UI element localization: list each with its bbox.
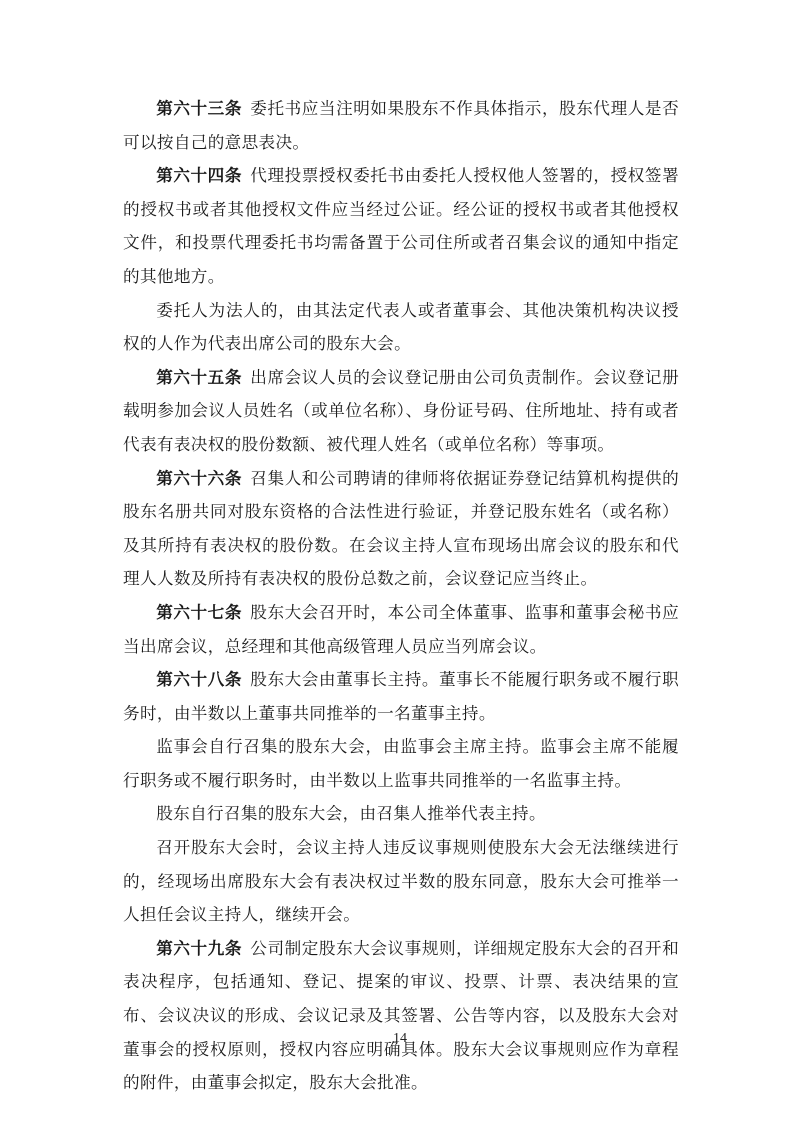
- paragraph-text: 召开股东大会时，会议主持人违反议事规则使股东大会无法继续进行的，经现场出席股东大…: [123, 838, 679, 924]
- article-heading: 第六十三条: [156, 99, 242, 118]
- paragraph-article-65: 第六十五条出席会议人员的会议登记册由公司负责制作。会议登记册载明参加会议人员姓名…: [123, 361, 679, 462]
- paragraph-article-64: 第六十四条代理投票授权委托书由委托人授权他人签署的，授权签署的授权书或者其他授权…: [123, 159, 679, 293]
- document-body: 第六十三条委托书应当注明如果股东不作具体指示，股东代理人是否可以按自己的意思表决…: [123, 92, 679, 1100]
- paragraph-article-66: 第六十六条召集人和公司聘请的律师将依据证券登记结算机构提供的股东名册共同对股东资…: [123, 462, 679, 596]
- paragraph-article-68-clause-2: 监事会自行召集的股东大会，由监事会主席主持。监事会主席不能履行职务或不履行职务时…: [123, 730, 679, 797]
- paragraph-text: 监事会自行召集的股东大会，由监事会主席主持。监事会主席不能履行职务或不履行职务时…: [123, 737, 679, 790]
- article-heading: 第六十五条: [156, 368, 242, 387]
- paragraph-text: 公司制定股东大会议事规则，详细规定股东大会的召开和表决程序，包括通知、登记、提案…: [123, 939, 679, 1092]
- page-number: 14: [0, 1031, 800, 1047]
- paragraph-article-68-clause-4: 召开股东大会时，会议主持人违反议事规则使股东大会无法继续进行的，经现场出席股东大…: [123, 831, 679, 932]
- article-heading: 第六十七条: [156, 603, 242, 622]
- paragraph-article-63: 第六十三条委托书应当注明如果股东不作具体指示，股东代理人是否可以按自己的意思表决…: [123, 92, 679, 159]
- paragraph-text: 股东自行召集的股东大会，由召集人推举代表主持。: [156, 804, 546, 823]
- paragraph-article-68-clause-3: 股东自行召集的股东大会，由召集人推举代表主持。: [123, 797, 679, 831]
- paragraph-article-67: 第六十七条股东大会召开时，本公司全体董事、监事和董事会秘书应当出席会议，总经理和…: [123, 596, 679, 663]
- article-heading: 第六十六条: [156, 469, 242, 488]
- article-heading: 第六十四条: [156, 166, 242, 185]
- paragraph-text: 委托人为法人的，由其法定代表人或者董事会、其他决策机构决议授权的人作为代表出席公…: [123, 301, 679, 354]
- paragraph-article-64-clause-2: 委托人为法人的，由其法定代表人或者董事会、其他决策机构决议授权的人作为代表出席公…: [123, 294, 679, 361]
- article-heading: 第六十八条: [156, 670, 242, 689]
- article-heading: 第六十九条: [156, 939, 242, 958]
- paragraph-article-68: 第六十八条股东大会由董事长主持。董事长不能履行职务或不履行职务时，由半数以上董事…: [123, 663, 679, 730]
- paragraph-article-69: 第六十九条公司制定股东大会议事规则，详细规定股东大会的召开和表决程序，包括通知、…: [123, 932, 679, 1100]
